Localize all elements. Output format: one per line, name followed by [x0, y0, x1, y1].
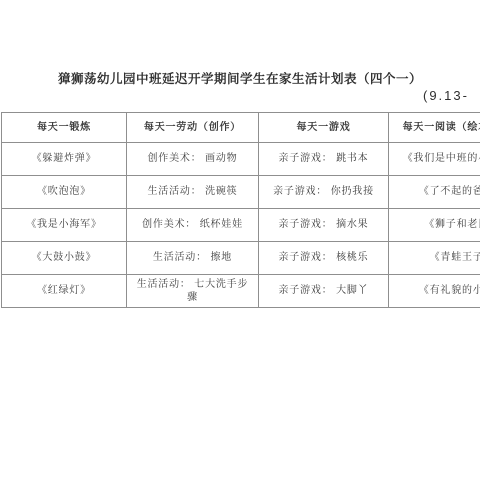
table-row: 《吹泡泡》 生活活动： 洗碗筷 亲子游戏： 你扔我接 《了不起的爸爸》 — [2, 176, 480, 209]
col-header-daily-game: 每天一游戏 — [259, 113, 389, 143]
cell-reading: 《有礼貌的小熊》 — [389, 275, 480, 308]
table-row: 《我是小海军》 创作美术： 纸杯娃娃 亲子游戏： 摘水果 《狮子和老鼠》 — [2, 209, 480, 242]
cell-game: 亲子游戏： 摘水果 — [259, 209, 389, 242]
table-row: 《大鼓小鼓》 生活活动： 擦地 亲子游戏： 核桃乐 《青蛙王子》 — [2, 242, 480, 275]
table-row: 《红绿灯》 生活活动： 七大洗手步骤 亲子游戏： 大脚丫 《有礼貌的小熊》 — [2, 275, 480, 308]
table-row: 《躲避炸弹》 创作美术： 画动物 亲子游戏： 跳书本 《我们是中班的小朋友》 — [2, 143, 480, 176]
cell-game: 亲子游戏： 核桃乐 — [259, 242, 389, 275]
cell-game: 亲子游戏： 大脚丫 — [259, 275, 389, 308]
cell-labor: 生活活动： 擦地 — [127, 242, 259, 275]
daily-plan-table: 每天一锻炼 每天一劳动（创作） 每天一游戏 每天一阅读（绘本推荐） 《躲避炸弹》… — [1, 112, 480, 308]
cell-game: 亲子游戏： 跳书本 — [259, 143, 389, 176]
col-header-daily-reading: 每天一阅读（绘本推荐） — [389, 113, 480, 143]
cell-labor: 生活活动： 洗碗筷 — [127, 176, 259, 209]
page-title: 獐狮荡幼儿园中班延迟开学期间学生在家生活计划表（四个一） — [0, 69, 480, 87]
document-page: 獐狮荡幼儿园中班延迟开学期间学生在家生活计划表（四个一） (9.13- 每天一锻… — [0, 0, 480, 480]
cell-exercise: 《躲避炸弹》 — [2, 143, 127, 176]
cell-exercise: 《大鼓小鼓》 — [2, 242, 127, 275]
date-range-note: (9.13- — [423, 88, 469, 103]
cell-labor: 生活活动： 七大洗手步骤 — [127, 275, 259, 308]
cell-exercise: 《吹泡泡》 — [2, 176, 127, 209]
cell-game: 亲子游戏： 你扔我接 — [259, 176, 389, 209]
cell-reading: 《狮子和老鼠》 — [389, 209, 480, 242]
col-header-daily-labor: 每天一劳动（创作） — [127, 113, 259, 143]
header-row: 每天一锻炼 每天一劳动（创作） 每天一游戏 每天一阅读（绘本推荐） — [2, 113, 480, 143]
col-header-daily-exercise: 每天一锻炼 — [2, 113, 127, 143]
cell-labor: 创作美术： 纸杯娃娃 — [127, 209, 259, 242]
cell-reading: 《我们是中班的小朋友》 — [389, 143, 480, 176]
cell-exercise: 《红绿灯》 — [2, 275, 127, 308]
cell-reading: 《青蛙王子》 — [389, 242, 480, 275]
cell-exercise: 《我是小海军》 — [2, 209, 127, 242]
cell-reading: 《了不起的爸爸》 — [389, 176, 480, 209]
cell-labor: 创作美术： 画动物 — [127, 143, 259, 176]
